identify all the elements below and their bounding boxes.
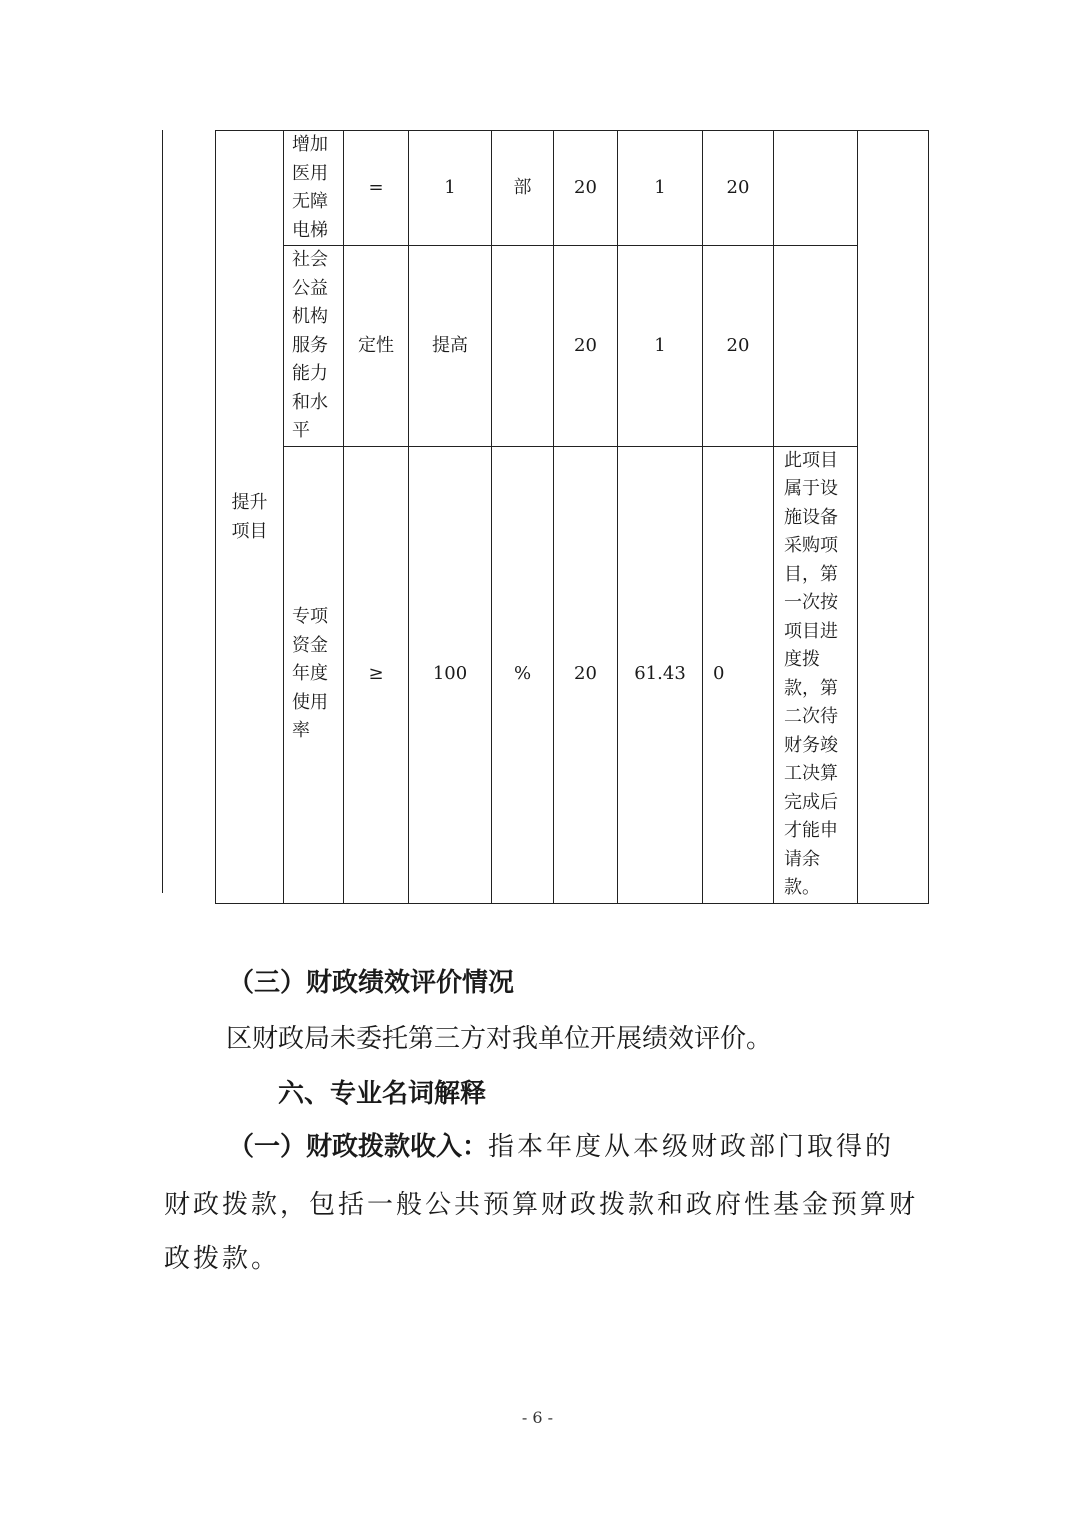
note-cell: 此项目 属于设 施设备 采购项 目，第 一次按 项目进 度拨 款，第 二次待 财…	[774, 446, 858, 903]
note-text: 此项目 属于设 施设备 采购项 目，第 一次按 项目进 度拨 款，第 二次待 财…	[784, 447, 844, 903]
indicator-label: 增加 医用 无障 电梯	[292, 131, 332, 245]
target-cell: 100	[409, 446, 492, 903]
table-left-border-stub	[162, 130, 163, 893]
unit-cell: %	[492, 446, 554, 903]
score-cell: 20	[703, 131, 774, 246]
table-row: 提升 项目 增加 医用 无障 电梯 = 1 部 20 1 20	[216, 131, 929, 246]
unit-cell: 部	[492, 131, 554, 246]
terms-heading: 六、专业名词解释	[278, 1073, 486, 1110]
target-cell: 1	[409, 131, 492, 246]
term1-label: （一）财政拨款收入：	[228, 1132, 488, 1162]
indicator-cell: 专项 资金 年度 使用 率	[284, 446, 344, 903]
blank-right-cell	[858, 131, 929, 904]
actual-cell: 61.43	[618, 446, 703, 903]
page-number: - 6 -	[0, 1408, 1075, 1427]
table-row: 社会 公益 机构 服务 能力 和水 平 定性 提高 20 1 20	[216, 246, 929, 447]
term1-text: 指本年度从本级财政部门取得的	[488, 1132, 894, 1162]
operator-cell: 定性	[344, 246, 409, 447]
operator-cell: ≥	[344, 446, 409, 903]
category-label: 提升 项目	[216, 489, 283, 546]
performance-table: 提升 项目 增加 医用 无障 电梯 = 1 部 20 1 20 社会 公益 机构…	[215, 130, 929, 904]
score-cell: 20	[703, 246, 774, 447]
actual-cell: 1	[618, 246, 703, 447]
weight-cell: 20	[554, 446, 618, 903]
note-cell	[774, 131, 858, 246]
category-cell: 提升 项目	[216, 131, 284, 904]
term1-line3: 政拨款。	[164, 1238, 280, 1275]
weight-cell: 20	[554, 246, 618, 447]
table-row: 专项 资金 年度 使用 率 ≥ 100 % 20 61.43 0 此项目 属于设…	[216, 446, 929, 903]
unit-cell	[492, 246, 554, 447]
score-cell: 0	[703, 446, 774, 903]
indicator-label: 社会 公益 机构 服务 能力 和水 平	[292, 246, 332, 446]
eval-heading: （三）财政绩效评价情况	[228, 962, 514, 999]
indicator-label: 专项 资金 年度 使用 率	[292, 603, 332, 746]
actual-cell: 1	[618, 131, 703, 246]
eval-text: 区财政局未委托第三方对我单位开展绩效评价。	[226, 1018, 772, 1055]
target-cell: 提高	[409, 246, 492, 447]
operator-cell: =	[344, 131, 409, 246]
indicator-cell: 社会 公益 机构 服务 能力 和水 平	[284, 246, 344, 447]
weight-cell: 20	[554, 131, 618, 246]
term1-line1: （一）财政拨款收入：指本年度从本级财政部门取得的	[228, 1126, 894, 1163]
term1-line2: 财政拨款，包括一般公共预算财政拨款和政府性基金预算财	[164, 1184, 918, 1221]
indicator-cell: 增加 医用 无障 电梯	[284, 131, 344, 246]
note-cell	[774, 246, 858, 447]
